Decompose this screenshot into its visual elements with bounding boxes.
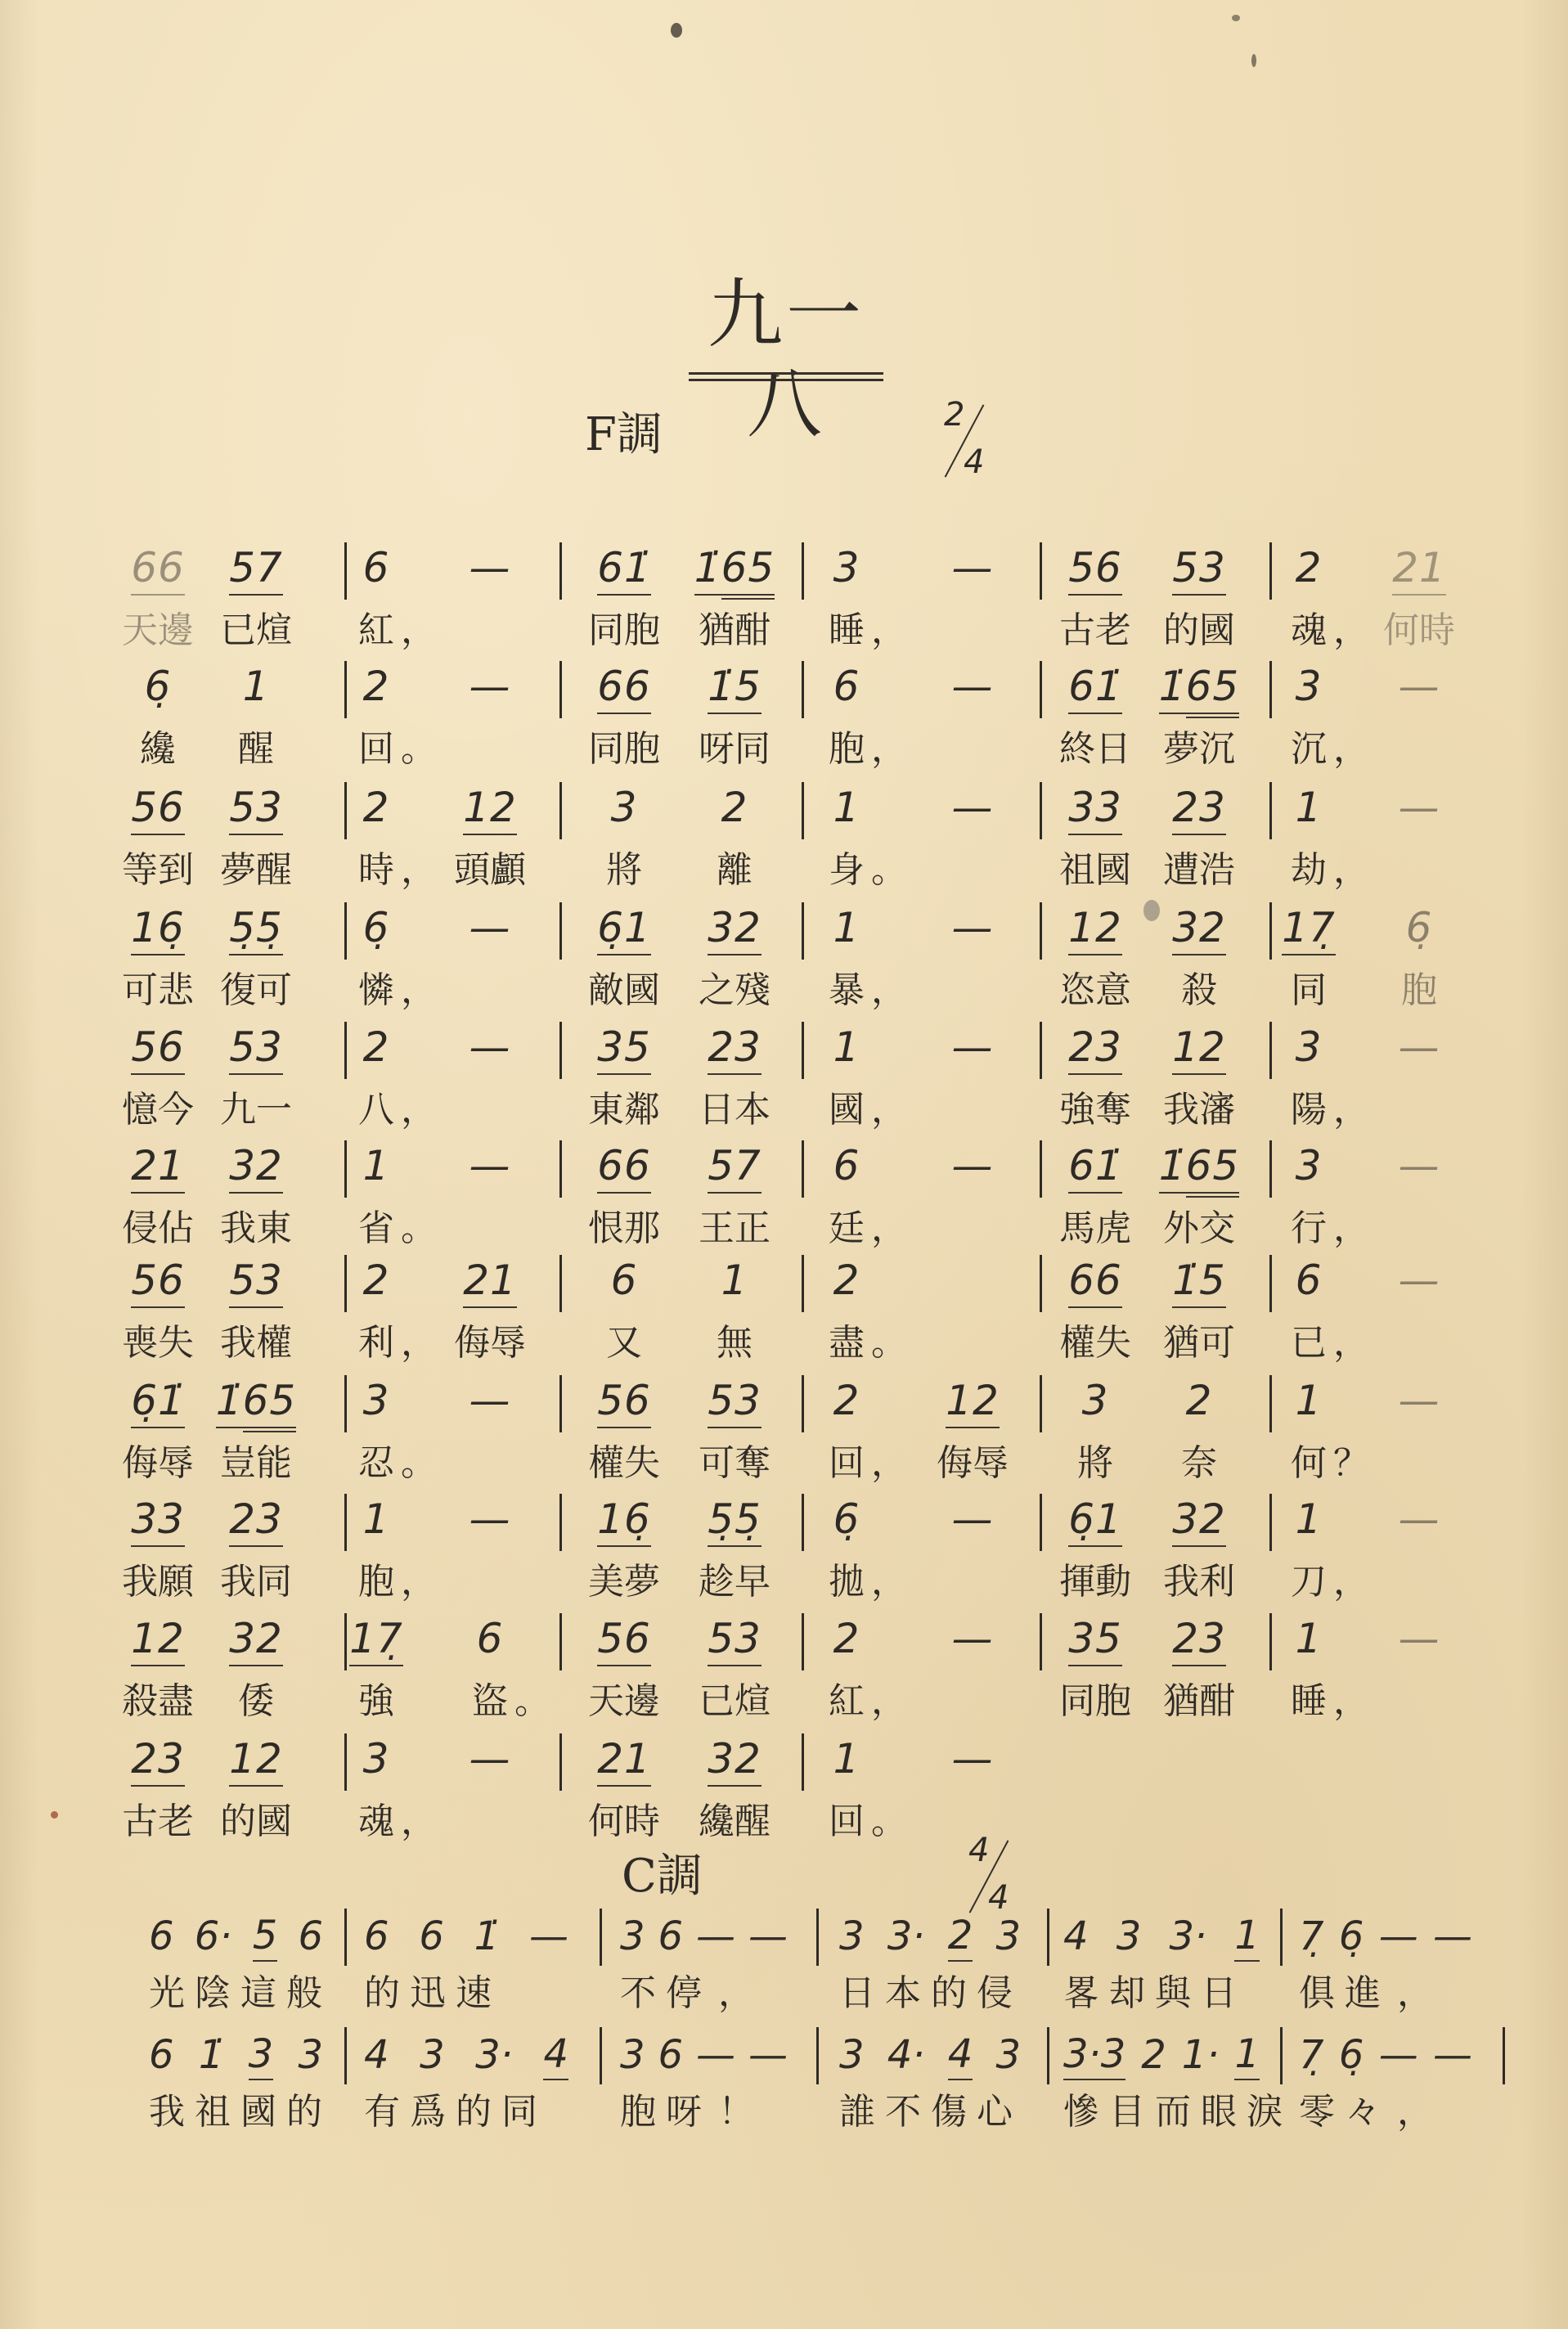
lyric-text-wrap: 豈能 xyxy=(220,1439,292,1488)
bar-line xyxy=(1269,782,1272,839)
beat-cell: 2 xyxy=(1247,539,1370,601)
lyric-text: 可奪 xyxy=(699,1442,771,1484)
note-group: 16̣ xyxy=(131,902,185,955)
beat-cell: — xyxy=(429,658,551,720)
note-group: 21 xyxy=(597,1733,651,1787)
note-group: 2 xyxy=(363,1022,390,1073)
lyric-text-wrap: 纔 xyxy=(140,725,176,774)
lyric-punctuation: ， xyxy=(871,606,907,655)
note: 1 xyxy=(1234,1911,1260,1962)
lyric-cell: 離 xyxy=(673,846,796,895)
beat-cell: 57 xyxy=(195,539,317,601)
lyric-cell xyxy=(1358,1677,1480,1726)
lyric-text: 睡 xyxy=(829,609,865,651)
note-group: 5̣5̣ xyxy=(229,902,283,955)
lyric-text: 又 xyxy=(606,1322,642,1364)
measure: 433·1 xyxy=(1063,1905,1260,1967)
note-group: 66 xyxy=(1068,1255,1122,1308)
lyric-text-wrap: 刀， xyxy=(1291,1558,1327,1607)
lyric-text-wrap: 盡。 xyxy=(829,1319,865,1368)
note: 4 xyxy=(948,2030,973,2080)
note: 5 xyxy=(253,1911,278,1962)
note-group: 1 xyxy=(833,902,860,954)
bar-line xyxy=(802,542,804,600)
bar-line xyxy=(802,1140,804,1198)
lyric-text: 回 xyxy=(829,1801,865,1842)
lyric-text-wrap: 廷， xyxy=(829,1204,865,1253)
lyric-text-wrap: 回， xyxy=(829,1439,865,1488)
lyric-cell: 頭顱 xyxy=(429,846,551,895)
lyric-cell: 我權 xyxy=(195,1319,317,1368)
beat-cell: 53 xyxy=(673,1610,796,1672)
staff-row: 6̣1̇1̇653—5653212321—侮辱豈能忍。權失可奪回，侮辱將奈何？ xyxy=(0,1372,1568,1495)
bar-line xyxy=(559,1733,562,1791)
lyric-text: 暴 xyxy=(829,969,865,1011)
sustain-dash: — xyxy=(952,782,994,834)
lyric-cell: 的迅速 xyxy=(364,1969,568,2018)
note-group: 3 xyxy=(1082,1375,1109,1427)
lyric-text: 無 xyxy=(717,1322,753,1364)
note: 3 xyxy=(298,2030,323,2079)
note-group: 65 xyxy=(1186,1140,1240,1198)
lyric-text-wrap: 紅， xyxy=(829,1677,865,1726)
lyric-text-wrap: 我利 xyxy=(1163,1558,1235,1607)
lyric-text: 同 xyxy=(1291,969,1327,1011)
lyric-cell: 胞， xyxy=(315,1558,438,1607)
note: 4 xyxy=(543,2030,568,2080)
beat-cell: 57 xyxy=(673,1137,796,1199)
lyric-cell: 復可 xyxy=(195,966,317,1015)
lyric-text-wrap: 外交 xyxy=(1163,1204,1235,1253)
lyric-cell: 魂， xyxy=(315,1797,438,1846)
beat-cell: 1̇5 xyxy=(673,658,796,720)
lyric-text: 權失 xyxy=(1059,1322,1131,1364)
lyric-text-wrap: 國， xyxy=(829,1086,865,1135)
lyric-text-wrap: 權失 xyxy=(588,1439,660,1488)
lyric-text-wrap: 睡， xyxy=(1291,1677,1327,1726)
lyric-text: 猶酣 xyxy=(1163,1680,1235,1722)
lyric-text-wrap: 夢醒 xyxy=(220,846,292,895)
lyric-cell: 畧却與日 xyxy=(1063,1969,1260,2018)
note-group: 61̇ xyxy=(597,542,651,596)
lyric-text: 復可 xyxy=(220,969,292,1011)
beat-cell: 6 xyxy=(429,1610,551,1672)
lyric-text-wrap: 又 xyxy=(606,1319,642,1368)
lyric-cell: 回， xyxy=(785,1439,908,1488)
lyric-text-wrap: 終日 xyxy=(1059,725,1131,774)
bar-line xyxy=(1040,1255,1042,1312)
lyric-cell: 光陰這般 xyxy=(149,1969,323,2018)
lyric-text-wrap: 王正 xyxy=(699,1204,771,1253)
lyric-cell: 將 xyxy=(563,846,685,895)
lyric-cell: 夢沉 xyxy=(1138,725,1260,774)
lyric-text-wrap: 利， xyxy=(358,1319,394,1368)
lyrics-line: 天邊已煊紅，同胞猶酣睡，古老的國魂，何時 xyxy=(0,606,1568,655)
lyric-text: 何時 xyxy=(588,1801,660,1842)
lyric-text: 日本 xyxy=(699,1089,771,1131)
lyric-text-wrap: 古老 xyxy=(122,1797,194,1846)
beat-cell xyxy=(911,1252,1034,1314)
lyric-cell: 猶酣 xyxy=(673,606,796,655)
sustain-dash: — xyxy=(952,1140,994,1192)
lyric-text: 纔 xyxy=(140,728,176,770)
lyric-cell: 已， xyxy=(1247,1319,1370,1368)
note: 6̣ xyxy=(1339,1912,1364,1961)
lyric-text-wrap: 的國 xyxy=(1163,606,1235,655)
note-group: 1̇ xyxy=(1159,1140,1186,1194)
note: 6 xyxy=(149,2030,174,2079)
lyric-text-wrap: 九一 xyxy=(220,1086,292,1135)
lyric-text-wrap: 恣意 xyxy=(1059,966,1131,1015)
lyrics-line: 憶今九一八，東鄰日本國，強奪我瀋陽， xyxy=(0,1086,1568,1135)
beat-cell: — xyxy=(1358,1610,1480,1672)
sustain-dash: — xyxy=(470,1494,511,1545)
lyric-text: 頭顱 xyxy=(454,849,526,891)
lyric-text-wrap: 畧却與日 xyxy=(1063,1969,1247,2018)
sustain-dash: — xyxy=(748,2030,788,2079)
beat-cell: — xyxy=(911,1490,1034,1553)
staff-row: 16̣5̣5̣6̣—6̣1321—123217̣6̣可悲復可憐，敵國之殘暴，恣意… xyxy=(0,899,1568,1022)
beat-cell: — xyxy=(911,899,1034,961)
lyric-text: 我利 xyxy=(1163,1561,1235,1603)
lyric-cell: 魂， xyxy=(1247,606,1370,655)
lyric-text-wrap: 復可 xyxy=(220,966,292,1015)
time-signature-numerator: 2 xyxy=(944,397,964,433)
lyric-cell: 已煊 xyxy=(673,1677,796,1726)
lyric-text-wrap: 胞呀！ xyxy=(620,2088,712,2137)
bar-line xyxy=(802,661,804,718)
beat-cell: 53 xyxy=(195,779,317,841)
lyric-text-wrap: 俱進， xyxy=(1299,1969,1391,2018)
lyric-text-wrap: 紅， xyxy=(358,606,394,655)
note-group: 2 xyxy=(721,782,748,834)
lyric-text: 時 xyxy=(358,849,394,891)
beat-cell: — xyxy=(1358,1137,1480,1199)
note-group: 3 xyxy=(363,1733,390,1785)
title-double-underline xyxy=(689,372,883,381)
lyric-cell: 沉， xyxy=(1247,725,1370,774)
lyric-text: 拋 xyxy=(829,1561,865,1603)
note-group: 56 xyxy=(597,1613,651,1666)
note-group: 2 xyxy=(833,1255,860,1306)
beat-cell: 32 xyxy=(195,1610,317,1672)
lyric-cell: 利， xyxy=(315,1319,438,1368)
lyric-cell xyxy=(1358,1204,1480,1253)
lyric-punctuation: ， xyxy=(871,1204,907,1253)
note-group: 17̣ xyxy=(1282,902,1336,955)
lyric-text-wrap: 魂， xyxy=(1291,606,1327,655)
bar-line xyxy=(816,2027,819,2084)
note-group: 66 xyxy=(597,661,651,714)
note-group: 56 xyxy=(131,1022,185,1075)
lyric-text: 終日 xyxy=(1059,728,1131,770)
lyrics-line: 古老的國魂，何時纔醒回。 xyxy=(0,1797,1568,1846)
lyric-cell: 日本 xyxy=(673,1086,796,1135)
lyric-text: 猶酣 xyxy=(699,609,771,651)
bar-line xyxy=(559,1255,562,1312)
lyric-text: 恣意 xyxy=(1059,969,1131,1011)
bar-line xyxy=(1280,2027,1283,2084)
note-group: 57 xyxy=(229,542,283,596)
lyric-text-wrap: 無 xyxy=(717,1319,753,1368)
bar-line xyxy=(1040,1613,1042,1670)
note: 4 xyxy=(1063,1912,1089,1961)
bar-line xyxy=(802,902,804,960)
note-group: 1 xyxy=(1296,1375,1323,1427)
beat-cell: 1 xyxy=(1247,1610,1370,1672)
lyric-cell: 忍。 xyxy=(315,1439,438,1488)
lyric-cell xyxy=(429,606,551,655)
lyric-cell: 美夢 xyxy=(563,1558,685,1607)
lyric-cell: 何時 xyxy=(1358,606,1480,655)
lyric-text-wrap: 可悲 xyxy=(122,966,194,1015)
lyric-text: 胞呀 xyxy=(620,2091,712,2133)
note-group: 6 xyxy=(833,1140,860,1192)
note-group: 56 xyxy=(1068,542,1122,596)
measure: 433·4 xyxy=(364,2024,568,2086)
lyric-text: 呀同 xyxy=(699,728,771,770)
lyric-cell: 零々， xyxy=(1299,2088,1472,2137)
note: 6 xyxy=(658,1912,684,1961)
lyric-cell xyxy=(911,1204,1034,1253)
staff-row: 61̇33我祖國的433·4有爲的同36——胞呀！34·43誰不傷心3·321·… xyxy=(0,2024,1568,2147)
lyric-text: 殺 xyxy=(1181,969,1217,1011)
bar-line xyxy=(1280,1909,1283,1966)
beat-cell: — xyxy=(911,539,1034,601)
lyric-cell xyxy=(1358,1319,1480,1368)
lyric-text: 侮辱 xyxy=(122,1442,194,1484)
bar-line xyxy=(1269,902,1272,960)
lyric-text-wrap: 殺盡 xyxy=(122,1677,194,1726)
beat-cell: — xyxy=(911,1018,1034,1081)
lyric-cell: 的國 xyxy=(1138,606,1260,655)
lyric-cell: 睡， xyxy=(1247,1677,1370,1726)
lyric-text: 有爲的同 xyxy=(364,2091,547,2133)
bar-line xyxy=(1269,1613,1272,1670)
lyric-text: 我權 xyxy=(220,1322,292,1364)
lyric-punctuation: ， xyxy=(1397,1969,1443,2018)
lyric-text-wrap: 我祖國的 xyxy=(149,2088,332,2137)
note: 3 xyxy=(620,2030,645,2079)
notes-line: 33231—16̣5̣5̣6̣—6̣1321— xyxy=(0,1490,1568,1553)
bar-line xyxy=(802,1494,804,1551)
lyric-text: 天邊 xyxy=(122,609,194,651)
staff-row: 5653212321—33231—等到夢醒時，頭顱將離身。祖國遭浩劫， xyxy=(0,779,1568,901)
sustain-dash: — xyxy=(952,542,994,594)
note-group: 6 xyxy=(363,542,390,594)
lyric-text: 同胞 xyxy=(588,728,660,770)
lyric-text: 我瀋 xyxy=(1163,1089,1235,1131)
sustain-dash: — xyxy=(470,1022,511,1073)
note: 2 xyxy=(1141,2030,1166,2079)
lyric-text: 古老 xyxy=(122,1801,194,1842)
measure: 61̇33 xyxy=(149,2024,323,2086)
lyric-cell: 呀同 xyxy=(673,725,796,774)
lyric-text-wrap: 拋， xyxy=(829,1558,865,1607)
note-group: 53 xyxy=(1172,542,1226,596)
note-group: 12 xyxy=(131,1613,185,1666)
lyric-cell: 回。 xyxy=(785,1797,908,1846)
lyric-text: 王正 xyxy=(699,1207,771,1249)
lyric-cell xyxy=(1358,1086,1480,1135)
beat-cell: — xyxy=(429,539,551,601)
lyric-punctuation: 。 xyxy=(871,1797,907,1846)
lyric-text-wrap: 慘目而眼淚 xyxy=(1063,2088,1292,2137)
notes-line: 123217̣656532—35231— xyxy=(0,1610,1568,1672)
beat-cell: 12 xyxy=(195,1730,317,1792)
lyric-text-wrap: 侮辱 xyxy=(454,1319,526,1368)
bar-line xyxy=(559,661,562,718)
lyric-text-wrap: 有爲的同 xyxy=(364,2088,547,2137)
lyric-text: 日本的侵 xyxy=(839,1972,1022,2014)
lyric-text: 可悲 xyxy=(122,969,194,1011)
lyric-punctuation: 。 xyxy=(871,1319,907,1368)
sustain-dash: — xyxy=(1399,1140,1440,1192)
lyric-text: 盜 xyxy=(472,1680,508,1722)
bar-line xyxy=(802,1613,804,1670)
lyric-text: 畧却與日 xyxy=(1063,1972,1247,2014)
measure: 661̇— xyxy=(364,1905,568,1967)
notes-line: 16̣5̣5̣6̣—6̣1321—123217̣6̣ xyxy=(0,899,1568,961)
bar-line xyxy=(1040,542,1042,600)
bar-line xyxy=(559,1140,562,1198)
lyrics-line: 可悲復可憐，敵國之殘暴，恣意殺同胞 xyxy=(0,966,1568,1015)
lyric-text-wrap: 胞， xyxy=(358,1558,394,1607)
lyric-text-wrap: 遭浩 xyxy=(1163,846,1235,895)
lyric-text-wrap: 八， xyxy=(358,1086,394,1135)
lyric-cell: 八， xyxy=(315,1086,438,1135)
note-group: 23 xyxy=(229,1494,283,1547)
note-group: 3 xyxy=(833,542,860,594)
bar-line xyxy=(344,542,347,600)
beat-cell: — xyxy=(911,1137,1034,1199)
lyric-text-wrap: 我東 xyxy=(220,1204,292,1253)
lyric-cell xyxy=(1358,1439,1480,1488)
sustain-dash: — xyxy=(696,1912,735,1961)
lyric-text-wrap: 天邊 xyxy=(588,1677,660,1726)
note: 6 xyxy=(149,1912,174,1961)
note-group: 1̇5 xyxy=(1172,1255,1226,1308)
beat-cell: — xyxy=(1358,658,1480,720)
lyric-punctuation: 。 xyxy=(514,1677,550,1726)
time-signature-denominator: 4 xyxy=(964,444,984,480)
lyric-punctuation: ！ xyxy=(718,2088,764,2137)
lyric-text: 利 xyxy=(358,1322,394,1364)
bar-line xyxy=(344,1022,347,1079)
lyric-cell: 九一 xyxy=(195,1086,317,1135)
beat-cell: 56 xyxy=(563,1610,685,1672)
sustain-dash: — xyxy=(470,1375,511,1427)
lyric-text-wrap: 權失 xyxy=(1059,1319,1131,1368)
bar-line xyxy=(1269,1255,1272,1312)
beat-cell: 16̣ xyxy=(563,1490,685,1553)
bar-line xyxy=(344,661,347,718)
beat-cell: 1 xyxy=(1247,779,1370,841)
note-group: 1 xyxy=(1296,782,1323,834)
lyric-text-wrap: 誰不傷心 xyxy=(839,2088,1022,2137)
note-group: 23 xyxy=(708,1022,762,1075)
lyric-text-wrap: 省。 xyxy=(358,1204,394,1253)
lyric-text-wrap: 憶今 xyxy=(122,1086,194,1135)
staff-row: 56532—35231—23123—憶今九一八，東鄰日本國，強奪我瀋陽， xyxy=(0,1018,1568,1141)
beat-cell: 23 xyxy=(1138,1610,1260,1672)
beat-cell: 56 xyxy=(563,1372,685,1434)
lyric-text: 侮辱 xyxy=(937,1442,1009,1484)
sustain-dash: — xyxy=(1399,782,1440,834)
lyric-cell xyxy=(911,966,1034,1015)
notes-line: 6̣12—661̇56—61̇1̇653— xyxy=(0,658,1568,720)
lyric-cell: 盡。 xyxy=(785,1319,908,1368)
lyric-text: 的國 xyxy=(220,1801,292,1842)
note: 3 xyxy=(249,2030,274,2080)
lyric-text-wrap: 何時 xyxy=(588,1797,660,1846)
lyric-punctuation: ， xyxy=(871,1439,907,1488)
bar-line xyxy=(344,1140,347,1198)
lyric-text: 忍 xyxy=(358,1442,394,1484)
sustain-dash: — xyxy=(1433,1912,1472,1961)
beat-cell: — xyxy=(1358,779,1480,841)
note-group: 33 xyxy=(131,1494,185,1547)
lyric-text: 的國 xyxy=(1163,609,1235,651)
lyric-text-wrap: 零々， xyxy=(1299,2088,1391,2137)
note-group: 1 xyxy=(721,1255,748,1306)
lyric-cell: 回。 xyxy=(315,725,438,774)
lyric-text-wrap: 侮辱 xyxy=(937,1439,1009,1488)
note-group: 6̣ xyxy=(1406,902,1433,954)
beat-cell: — xyxy=(1358,1252,1480,1314)
note-group: 1̇ xyxy=(1159,661,1186,714)
beat-cell: 1̇5 xyxy=(1138,1252,1260,1314)
lyric-cell xyxy=(429,725,551,774)
note-group: 6 xyxy=(477,1613,504,1665)
lyric-cell: 猶可 xyxy=(1138,1319,1260,1368)
sustain-dash: — xyxy=(470,1140,511,1192)
beat-cell: 21 xyxy=(429,1252,551,1314)
note-group: 32 xyxy=(1172,902,1226,955)
lyric-text-wrap: 的迅速 xyxy=(364,1969,501,2018)
lyric-cell: 遭浩 xyxy=(1138,846,1260,895)
lyric-text: 恨那 xyxy=(588,1207,660,1249)
beat-cell: 2 xyxy=(315,1252,438,1314)
bar-line xyxy=(802,1022,804,1079)
beat-cell: 6 xyxy=(1247,1252,1370,1314)
staff-row: 123217̣656532—35231—殺盡倭強盜。天邊已煊紅，同胞猶酣睡， xyxy=(0,1610,1568,1733)
ink-smudge xyxy=(1232,15,1240,21)
lyric-text: 憐 xyxy=(358,969,394,1011)
sustain-dash: — xyxy=(470,542,511,594)
lyric-cell: 我瀋 xyxy=(1138,1086,1260,1135)
beat-cell: 3 xyxy=(315,1372,438,1434)
lyric-text-wrap: 日本的侵 xyxy=(839,1969,1022,2018)
lyric-text-wrap: 夢沉 xyxy=(1163,725,1235,774)
lyric-text-wrap: 日本 xyxy=(699,1086,771,1135)
note-group: 3 xyxy=(363,1375,390,1427)
lyric-punctuation: ， xyxy=(871,725,907,774)
lyric-text: 陽 xyxy=(1291,1089,1327,1131)
lyric-text: 揮動 xyxy=(1059,1561,1131,1603)
bar-line xyxy=(344,2027,347,2084)
lyric-cell: 時， xyxy=(315,846,438,895)
lyric-cell: 何時 xyxy=(563,1797,685,1846)
sustain-dash: — xyxy=(1399,1255,1440,1306)
note-group: 12 xyxy=(1172,1022,1226,1075)
lyric-text-wrap: 揮動 xyxy=(1059,1558,1131,1607)
lyric-text: 同胞 xyxy=(588,609,660,651)
note-group: 21 xyxy=(463,1255,517,1308)
note: 6 xyxy=(298,1912,323,1961)
lyric-text-wrap: 胞 xyxy=(1401,966,1437,1015)
bar-line xyxy=(802,782,804,839)
